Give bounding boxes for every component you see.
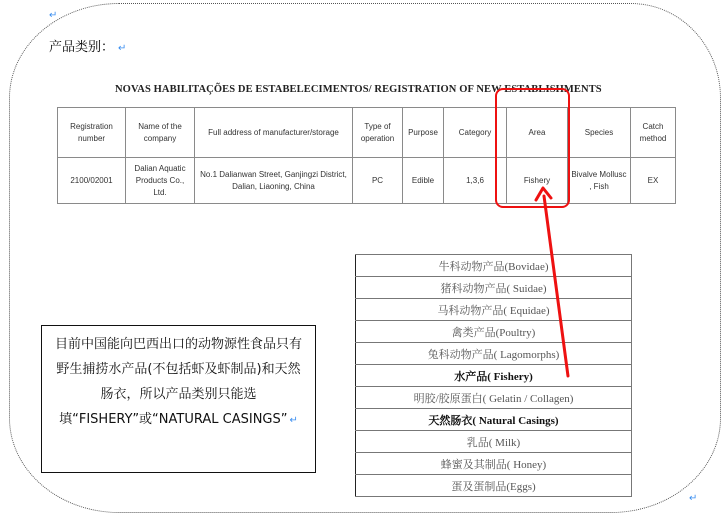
category-row: 兔科动物产品( Lagomorphs) [356, 343, 632, 365]
category-item: 蛋及蛋制品(Eggs) [356, 475, 632, 497]
category-item: 禽类产品(Poultry) [356, 321, 632, 343]
cell-purpose: Edible [403, 158, 444, 204]
header-company-name: Name of the company [126, 108, 195, 158]
category-item: 猪科动物产品( Suidae) [356, 277, 632, 299]
category-item: 牛科动物产品(Bovidae) [356, 255, 632, 277]
table-row: 2100/02001 Dalian Aquatic Products Co., … [58, 158, 676, 204]
category-row: 乳品( Milk) [356, 431, 632, 453]
explanation-note-box: 目前中国能向巴西出口的动物源性食品只有野生捕捞水产品(不包括虾及虾制品)和天然肠… [41, 325, 316, 473]
category-row: 明胶/胶原蛋白( Gelatin / Collagen) [356, 387, 632, 409]
paragraph-mark-icon: ↵ [689, 493, 697, 504]
note-text: 目前中国能向巴西出口的动物源性食品只有野生捕捞水产品(不包括虾及虾制品)和天然肠… [55, 337, 302, 427]
header-purpose: Purpose [403, 108, 444, 158]
category-row: 天然肠衣( Natural Casings) [356, 409, 632, 431]
registration-table: Registration number Name of the company … [57, 107, 676, 204]
category-row: 禽类产品(Poultry) [356, 321, 632, 343]
table-header-row: Registration number Name of the company … [58, 108, 676, 158]
category-row: 牛科动物产品(Bovidae) [356, 255, 632, 277]
cell-species: Bivalve Mollusc , Fish [568, 158, 631, 204]
header-species: Species [568, 108, 631, 158]
paragraph-mark-icon: ↵ [289, 415, 297, 426]
paragraph-mark-icon: ↵ [118, 43, 126, 54]
paragraph-mark-icon: ↵ [49, 10, 57, 21]
category-row: 蛋及蛋制品(Eggs) [356, 475, 632, 497]
category-row: 猪科动物产品( Suidae) [356, 277, 632, 299]
category-row: 马科动物产品( Equidae) [356, 299, 632, 321]
category-row: 水产品( Fishery) [356, 365, 632, 387]
product-category-label: 产品类别：↵ [49, 36, 126, 55]
category-item: 马科动物产品( Equidae) [356, 299, 632, 321]
category-item: 明胶/胶原蛋白( Gelatin / Collagen) [356, 387, 632, 409]
cell-full-address: No.1 Dalianwan Street, Ganjingzi Distric… [195, 158, 353, 204]
category-item: 蜂蜜及其制品( Honey) [356, 453, 632, 475]
cell-registration-number: 2100/02001 [58, 158, 126, 204]
cell-company-name: Dalian Aquatic Products Co., Ltd. [126, 158, 195, 204]
cell-type-of-operation: PC [353, 158, 403, 204]
area-column-highlight [495, 88, 570, 208]
cell-catch-method: EX [631, 158, 676, 204]
category-item: 兔科动物产品( Lagomorphs) [356, 343, 632, 365]
header-type-of-operation: Type of operation [353, 108, 403, 158]
header-catch-method: Catch method [631, 108, 676, 158]
category-item: 天然肠衣( Natural Casings) [356, 409, 632, 431]
header-full-address: Full address of manufacturer/storage [195, 108, 353, 158]
category-item: 水产品( Fishery) [356, 365, 632, 387]
category-list-table: 牛科动物产品(Bovidae)猪科动物产品( Suidae)马科动物产品( Eq… [355, 254, 632, 497]
category-row: 蜂蜜及其制品( Honey) [356, 453, 632, 475]
header-registration-number: Registration number [58, 108, 126, 158]
category-item: 乳品( Milk) [356, 431, 632, 453]
